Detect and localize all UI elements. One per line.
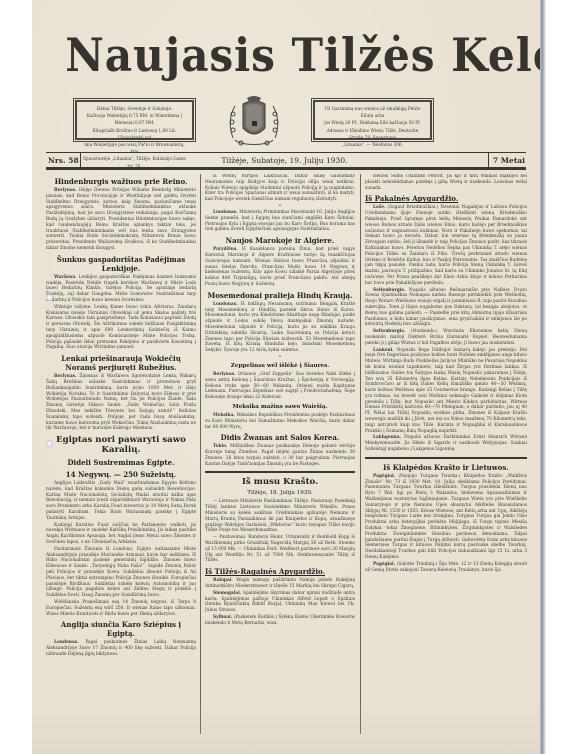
paragraph-text: iš Wefdų Partijos Laikraščiai. Dabar išk…	[205, 174, 355, 202]
advertising-info-box: Už Garsinimą nuo wienos už smulkiąją Pet…	[313, 100, 432, 140]
dateline-place: Berlynas.	[213, 372, 236, 377]
paragraph-text: — Lietuwos Ministeris Pasiliankinas Tilž…	[205, 499, 355, 533]
article-paragraph: Lašė. (Sugaut Briedmuškiai.) Neseniai Nu…	[365, 205, 527, 286]
article-paragraph: Londonas. Pagal paskutines Žinias Laikų …	[46, 640, 196, 657]
article-paragraph: Meksika. Meksikos Republikos Prezidentas…	[205, 413, 355, 430]
article-paragraph: Parydžius. Iš Kasablanca pareina Žinia, …	[205, 247, 355, 288]
article-paragraph: Lankeni. Nopuslis Bega Ditilsijot Samarų…	[365, 348, 527, 435]
article-paragraph: Sylbnai. (Paskendo Kudikis.) Šylėnų Kiem…	[205, 615, 355, 627]
article-paragraph: — Lietuwos Ministeris Pasiliankinas Tilž…	[205, 499, 355, 534]
column-divider	[360, 174, 361, 734]
article-paragraph: Seltenburgis. (Nuskendo.) Wurslaita Ekon…	[365, 329, 527, 346]
article-headline: Lenkai priešinaraują Wokiečių Noramš per…	[46, 354, 196, 372]
column-divider	[200, 174, 201, 734]
article-paragraph: Wilniuje rašyme: Lenkų Kanes buwo tokiu …	[46, 305, 196, 351]
article-paragraph: Wėlėliausia Pranešimais esą 14 Žmonių ne…	[46, 600, 196, 617]
issue-date: Tilžėje, Subatoje, 19. Juliju 1930.	[81, 153, 488, 167]
article-paragraph: Lakhgenna. Nupalis aštuoso Darbiminkai E…	[365, 435, 527, 452]
dateline-place: Sylbnai.	[213, 615, 232, 620]
paragraph-text: sietiesi Šumo Ukininko Petreit. Jis kjo …	[365, 174, 527, 191]
dateline-bar: Nrs. 58 Tilžėje, Subatoje, 19. Juliju 19…	[46, 152, 526, 170]
dateline-place: Berlynas.	[54, 188, 77, 193]
paragraph-text: Kadangi Karalius Fuad suiščiai be Parlam…	[46, 523, 196, 545]
dateline-place: Lakhgenna.	[373, 435, 401, 440]
article-headline: Anglija siunčia Karo Sziėpius į Egiptą.	[46, 620, 196, 638]
article-paragraph: Kadangi Karalius Fuad suiščiai be Parlam…	[46, 523, 196, 546]
article-paragraph: Siemogalai. Spalinėjimo Skyrimas dabar n…	[205, 591, 355, 614]
paragraph-text: Wilniuje rašyme: Lenkų Kanes buwo tokiu …	[46, 305, 196, 351]
punch-hole	[46, 294, 53, 301]
paragraph-text: — Pardawimai. Randorai Heinr. Urbansnitz…	[205, 535, 355, 563]
issue-number: Nrs. 58	[46, 153, 81, 167]
dateline-place: Londonas.	[213, 302, 238, 307]
article-headline: Šunkus gaspadorištas Padėjimas Lenkijoje…	[46, 255, 196, 273]
article-paragraph: Pasitarimais Žinioniu iš Londono, Egipto…	[46, 547, 196, 599]
article-headline: Hindenburgis wažiuos prie Reino.	[46, 177, 196, 186]
column-3: sietiesi Šumo Ukininko Petreit. Jis kjo …	[365, 174, 527, 744]
article-paragraph: Seltenburgis. Nupalis aštuoso Rešnauraiš…	[365, 288, 527, 329]
dateline-place: Siemogalai.	[213, 591, 241, 596]
article-headline: Dideli Susiremimas Egipte.	[46, 458, 196, 467]
article-paragraph: Anglijos Laikraštis „Daily Mail“ swarbin…	[46, 481, 196, 522]
paragraph-text: Iš bidžiųjų Neramumų sutrinimu Bengalų K…	[205, 302, 355, 353]
article-headline: Didis Žwanas ant Salos Korea.	[205, 433, 355, 442]
dateline-place: Seltenburgis.	[373, 329, 405, 334]
paragraph-text: Žinomas iš Waršawos Sgoretodzinė Lenkų W…	[46, 374, 196, 431]
article-paragraph: Rolapai. Wagis wienajo pašikrintis Nakoj…	[205, 578, 355, 590]
dateline-place: Pagėgiai.	[373, 474, 395, 479]
article-headline: Zeppelinas wėl išlėkė į Šiaures.	[205, 363, 355, 370]
dateline-place: Meksika.	[213, 413, 235, 418]
paragraph-text: Iš Kasablanca pareina Žinia, kad prieš v…	[205, 247, 355, 287]
article-headline: Egiptas nori pawaryti sawo Karalių.	[46, 435, 196, 455]
info-line: Kaštuoja Wokietijoj 0,75 RM. in Wienrike…	[81, 112, 188, 126]
column-1: Hindenburgis wažiuos prie Reino.Berlynas…	[46, 174, 196, 744]
article-headline: Mosemedonai pralieja Hindų Kraują.	[205, 291, 355, 300]
article-paragraph: Pagėgiai. (Naujojo Turgaus Twarka.) Klai…	[365, 474, 527, 561]
article-headline: Iš Tilžės-Ragainės Apygardžio.	[205, 567, 355, 576]
dateline-place: Pagėgiai.	[373, 562, 395, 567]
dateline-place: Berlynas.	[54, 374, 77, 379]
info-line: Kitupriašk Kraštuo ir Lietuwoj 1,60 Lit.…	[81, 127, 188, 141]
subscription-info-box: Išeina Tilžėje, Seredoje ir Subatoje. Ka…	[75, 100, 194, 140]
info-line: „Lituania“. — Telefonas 306.	[319, 141, 426, 148]
article-paragraph: Londonas. Ministerių Pirmininkas Macdona…	[205, 210, 355, 233]
dateline-place: Tokio.	[213, 444, 227, 449]
paragraph-text: (Sugaut Briedmuškiai.) Neseniai Nugalėju…	[365, 205, 527, 285]
local-dateline: Tilžėje, 18. Juliju 1930.	[205, 490, 355, 497]
paragraph-text: Nopuslis Bega Ditilsijot Samarų kalėjo j…	[365, 348, 527, 434]
section-rule	[205, 471, 355, 473]
separator-dot: •	[205, 204, 355, 209]
punch-hole	[46, 440, 53, 447]
column-2: iš Wefdų Partijos Laikraščiai. Dabar išk…	[205, 174, 355, 744]
article-paragraph: sietiesi Šumo Ukininko Petreit. Jis kjo …	[365, 174, 527, 191]
info-line: Už Garsinimą nuo wienos už smulkiąją Pet…	[319, 105, 426, 119]
paragraph-text: Milžiniškas Žwanas pasikaušęs Dienoje pa…	[205, 444, 355, 466]
separator-dot: •	[205, 355, 355, 360]
article-paragraph: Berlynas. Išėjęs Diewas Prūsijos Wiliams…	[46, 188, 196, 252]
info-line: jos Wietą 20 Pf., Reklamą Eilė kaštuoja …	[319, 119, 426, 126]
dateline-place: Waršawa.	[54, 275, 77, 280]
article-paragraph: iš Wefdų Partijos Laikraščiai. Dabar išk…	[205, 174, 355, 203]
article-headline: Iš Pakalnės Apygardžio.	[365, 194, 527, 203]
volume-year: 7 Metai	[488, 153, 526, 167]
article-paragraph: Tokio. Milžiniškas Žwanas pasikaušęs Die…	[205, 444, 355, 467]
article-paragraph: — Pardawimai. Randorai Heinr. Urbansnitz…	[205, 535, 355, 564]
scan-edge	[540, 0, 546, 754]
dateline-place: Seltenburgis.	[373, 288, 405, 293]
paper-stain	[32, 700, 540, 754]
paragraph-text: Anglijos Laikraštis „Daily Mail“ swarbin…	[46, 481, 196, 521]
paragraph-text: Išėjęs Diewas Prūsijos Wiliams Reinholg …	[46, 188, 196, 251]
info-line: Išeina Tilžėje, Seredoje ir Subatoje.	[81, 105, 188, 112]
section-rule	[365, 457, 527, 459]
masthead-title: Naujasis Tilžės Keleiwis	[65, 24, 507, 86]
article-headline: 14 Negywų. — 250 Sužeistų.	[46, 470, 196, 479]
article-headline: Meksika mažins sawo Wairšią.	[205, 404, 355, 411]
dateline-place: Lankeni.	[373, 348, 394, 353]
article-paragraph: Londonas. Iš bidžiųjų Neramumų sutrinimu…	[205, 302, 355, 354]
article-headline: Iš musu Krašto.	[205, 477, 355, 487]
dateline-place: Lašė.	[373, 205, 385, 210]
article-paragraph: Berlynas. Orlaiwis „Graf Zeppelin“ šios …	[205, 372, 355, 401]
paragraph-text: Pasitarimais Žinioniu iš Londono, Egipto…	[46, 547, 196, 598]
dateline-place: Parydžius.	[213, 247, 238, 252]
article-paragraph: Berlynas. Žinomas iš Waršawos Sgoretodzi…	[46, 374, 196, 432]
article-paragraph: Waršawa. Lenkijos gaspadoriškas Padėjima…	[46, 275, 196, 304]
article-headline: Naujos Marokoje ir Algiere.	[205, 236, 355, 245]
paragraph-text: (Naujojo Turgaus Twarka.) Klaipėdos Kraš…	[365, 474, 527, 560]
newspaper-page: Naujasis Tilžės Keleiwis Išeina Tilžėje,…	[32, 0, 540, 754]
coat-of-arms-icon	[225, 94, 283, 148]
dateline-place: Londonas.	[54, 640, 79, 645]
dateline-place: Rolapai.	[213, 578, 233, 583]
article-headline: Iš Klaipėdos Krašto ir Lietuwos.	[365, 463, 527, 472]
dateline-place: Londonas.	[213, 210, 238, 215]
article-paragraph: Pagėgiai. (Salotės Traukinį.) Šijo Mėn. …	[365, 562, 527, 574]
info-line: Adresas ir Išleidimo Wieta: Tilžė, Deuts…	[319, 127, 426, 141]
paragraph-text: Nupalis aštuoso Rešnauraišie prie Nalbie…	[365, 288, 527, 328]
paragraph-text: Wėlėliausia Pranešimais esą 14 Žmonių ne…	[46, 600, 196, 617]
